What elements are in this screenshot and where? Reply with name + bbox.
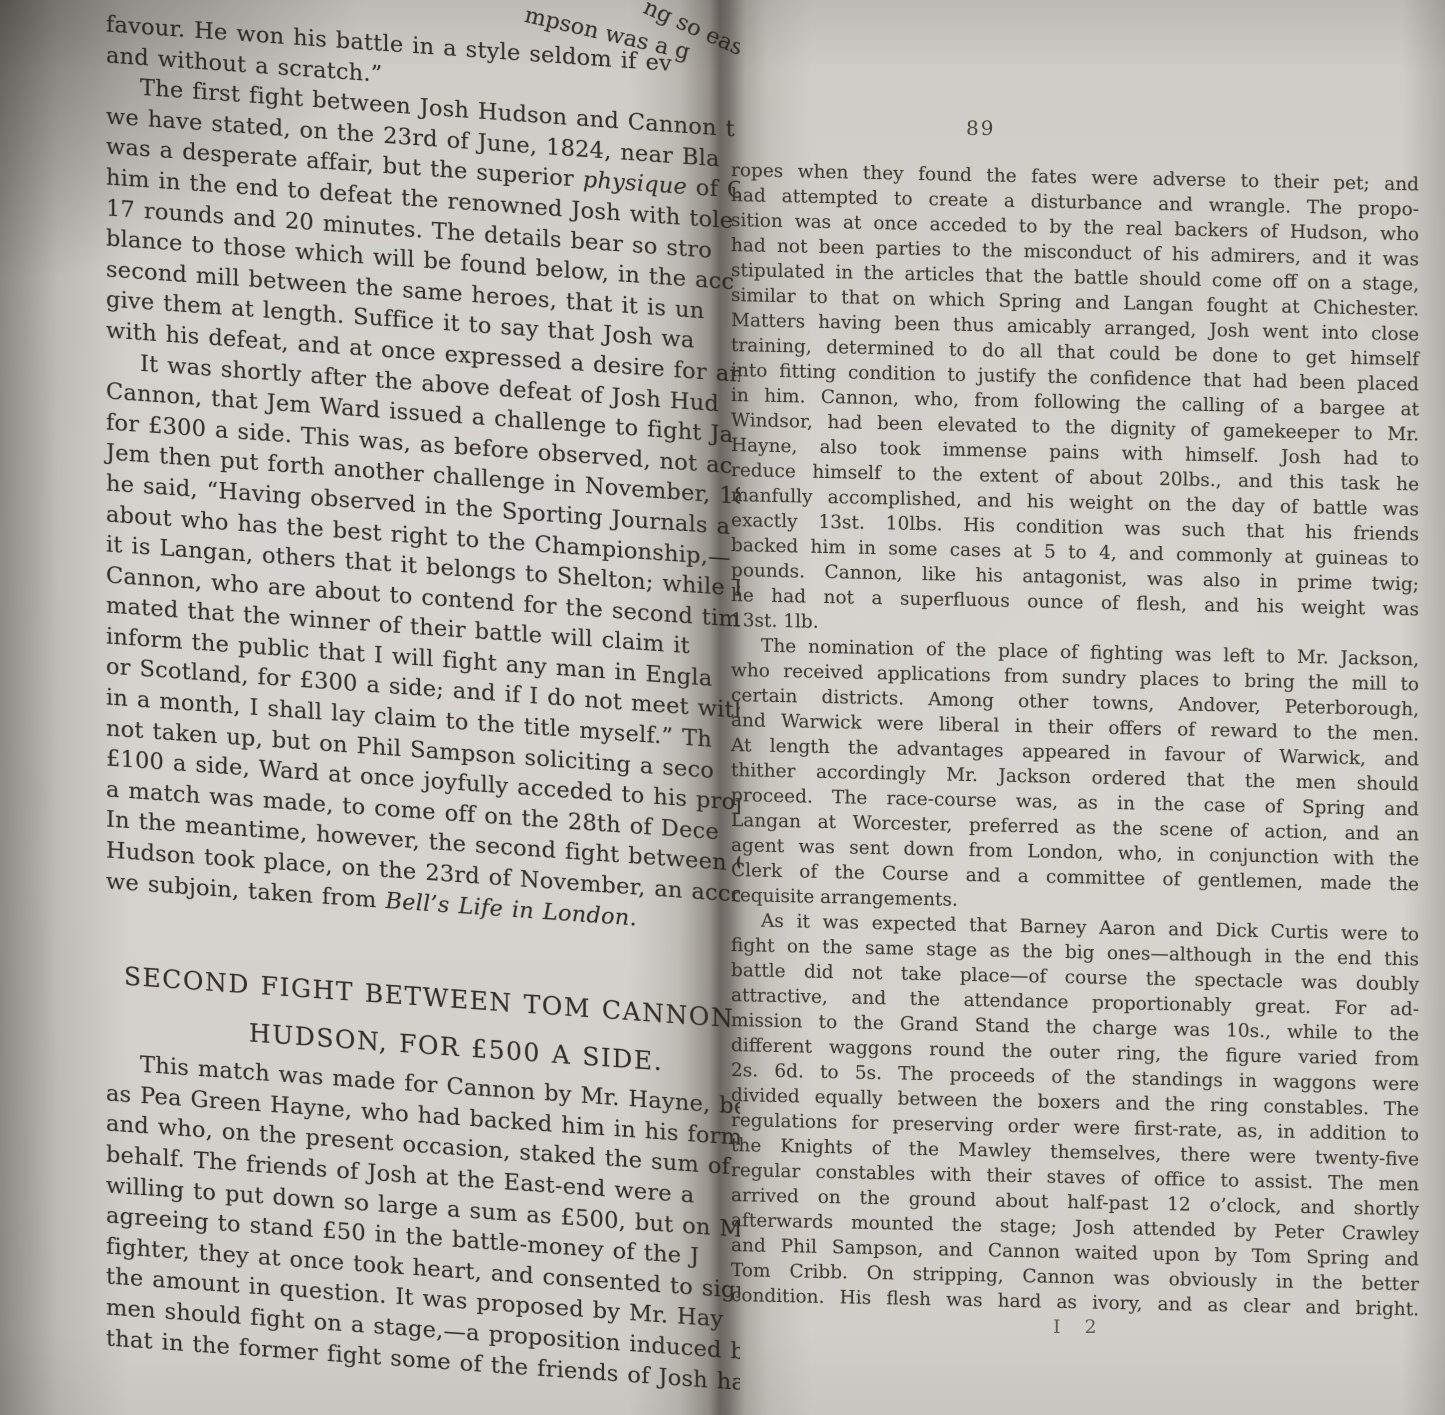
left-page: mpson was a g ng so eas favour. He won h…	[0, 0, 740, 1415]
left-page-text: favour. He won his battle in a style sel…	[0, 2, 740, 1415]
right-page-text: ropes when they found the fates were adv…	[731, 158, 1421, 1322]
page-number: 89	[966, 116, 995, 140]
book-photo: mpson was a g ng so eas favour. He won h…	[0, 0, 1445, 1415]
signature-mark: I 2	[1053, 1316, 1106, 1338]
right-page: 89 ropes when they found the fates were …	[723, 0, 1445, 1415]
